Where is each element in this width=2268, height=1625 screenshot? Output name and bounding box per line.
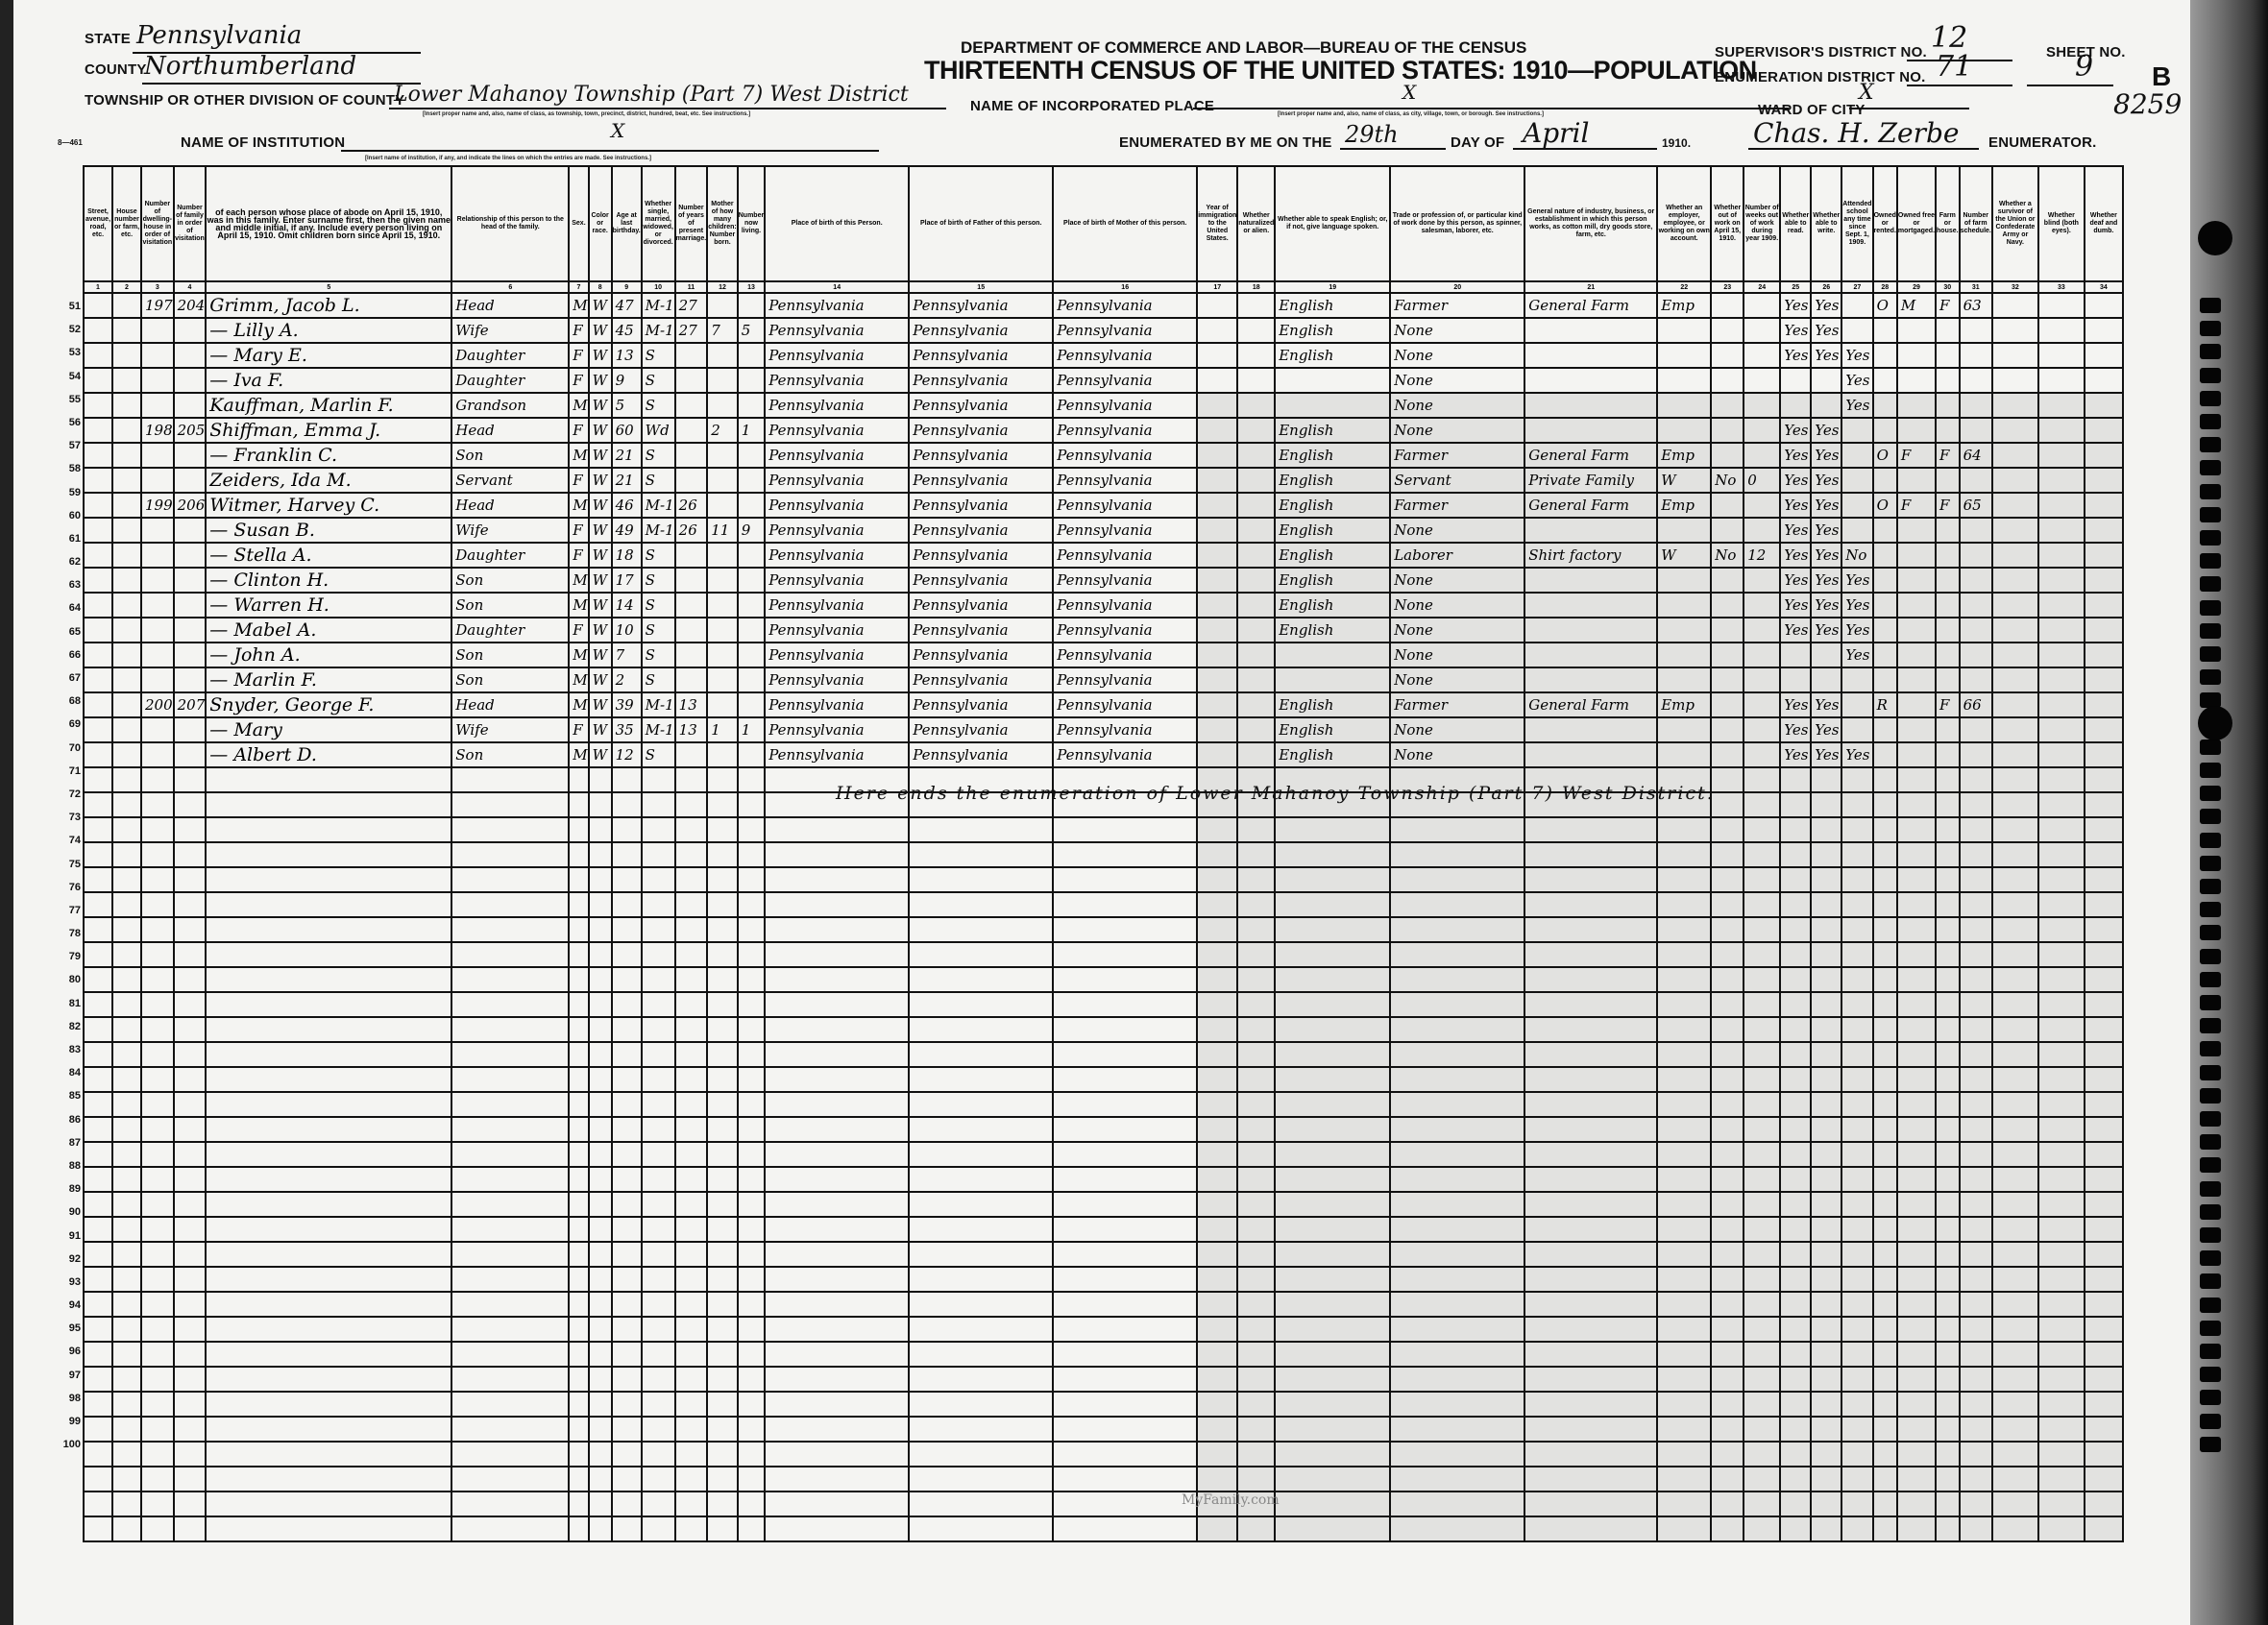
cell — [1992, 568, 2038, 593]
cell — [2085, 368, 2123, 393]
line-number: 88 — [54, 1154, 81, 1177]
cell-birth — [765, 1267, 909, 1292]
cell-family — [174, 1267, 207, 1292]
cell-industry — [1524, 1342, 1657, 1367]
cell-farm-house — [1936, 518, 1960, 543]
line-number: 52 — [54, 318, 81, 341]
cell-trade — [1390, 942, 1524, 967]
cell-children-born — [707, 1167, 738, 1192]
sprocket-hole — [2200, 972, 2221, 987]
cell-birth — [765, 1392, 909, 1417]
cell — [1237, 1092, 1275, 1117]
cell-children-living — [738, 618, 765, 643]
cell — [1992, 1492, 2038, 1516]
cell-farm-house — [1936, 418, 1960, 443]
cell — [112, 418, 141, 443]
cell-farm-house — [1936, 1167, 1960, 1192]
cell-years-married — [675, 1192, 708, 1217]
cell-schedule — [1960, 1392, 1992, 1417]
table-row: 200207Snyder, George F.HeadMW39M-113Penn… — [84, 692, 2123, 717]
column-number: 10 — [642, 281, 675, 293]
cell-marital — [642, 1142, 675, 1167]
cell-dwelling — [141, 318, 174, 343]
cell-family — [174, 717, 207, 742]
table-row — [84, 1242, 2123, 1267]
cell-sex: F — [569, 468, 588, 493]
cell-years-married — [675, 967, 708, 992]
cell-years-married — [675, 543, 708, 568]
cell-industry — [1524, 992, 1657, 1017]
cell-farm-house — [1936, 1442, 1960, 1467]
cell-trade — [1390, 1242, 1524, 1267]
cell-age — [612, 1317, 642, 1342]
cell — [2085, 667, 2123, 692]
cell-trade: Farmer — [1390, 493, 1524, 518]
cell-industry — [1524, 1217, 1657, 1242]
cell — [112, 1392, 141, 1417]
cell-race — [589, 792, 612, 817]
cell-mortgage — [1897, 1342, 1936, 1367]
cell-birth: Pennsylvania — [765, 568, 909, 593]
film-punch-hole — [2198, 706, 2232, 740]
cell-marital — [642, 942, 675, 967]
cell-years-married: 27 — [675, 318, 708, 343]
cell-dwelling — [141, 1017, 174, 1042]
cell-children-born: 11 — [707, 518, 738, 543]
cell — [1197, 318, 1237, 343]
cell-father-birth — [909, 1242, 1053, 1267]
cell-birth — [765, 1167, 909, 1192]
cell-mother-birth: Pennsylvania — [1053, 368, 1197, 393]
cell-family — [174, 468, 207, 493]
cell-dwelling — [141, 742, 174, 767]
cell-school — [1841, 867, 1872, 892]
cell-out-of-work — [1711, 1392, 1744, 1417]
column-number: 20 — [1390, 281, 1524, 293]
cell-sex: F — [569, 618, 588, 643]
cell-industry — [1524, 1167, 1657, 1192]
cell — [1992, 892, 2038, 917]
cell-children-living — [738, 1167, 765, 1192]
cell — [112, 1342, 141, 1367]
cell-age: 14 — [612, 593, 642, 618]
cell-sex: M — [569, 393, 588, 418]
cell — [2085, 1292, 2123, 1317]
sprocket-hole — [2200, 1018, 2221, 1033]
cell-mortgage — [1897, 842, 1936, 867]
cell-relation: Head — [451, 293, 569, 318]
column-header-11: Number of years of present marriage. — [675, 166, 708, 281]
cell-mortgage — [1897, 792, 1936, 817]
sprocket-hole — [2200, 1298, 2221, 1313]
cell-children-born — [707, 942, 738, 967]
cell-marital: S — [642, 393, 675, 418]
cell-read — [1780, 792, 1811, 817]
cell — [112, 842, 141, 867]
cell-father-birth: Pennsylvania — [909, 493, 1053, 518]
cell — [84, 418, 112, 443]
cell-sex — [569, 1292, 588, 1317]
cell-school — [1841, 1516, 1872, 1541]
cell-write — [1811, 1017, 1841, 1042]
cell-name — [206, 917, 451, 942]
cell-trade: None — [1390, 643, 1524, 667]
cell — [1992, 318, 2038, 343]
cell-marital — [642, 917, 675, 942]
column-header-6: Relationship of this person to the head … — [451, 166, 569, 281]
cell-trade: None — [1390, 593, 1524, 618]
cell — [1197, 343, 1237, 368]
cell — [1237, 942, 1275, 967]
cell-class — [1657, 992, 1711, 1017]
cell-read — [1780, 1017, 1811, 1042]
cell — [1197, 1392, 1237, 1417]
cell-dwelling — [141, 967, 174, 992]
cell — [112, 593, 141, 618]
film-edge-left — [0, 0, 13, 1625]
cell-age — [612, 892, 642, 917]
cell-age — [612, 817, 642, 842]
line-number: 81 — [54, 992, 81, 1015]
cell-children-born — [707, 1217, 738, 1242]
cell-children-living — [738, 817, 765, 842]
cell — [1197, 368, 1237, 393]
cell — [1237, 1142, 1275, 1167]
cell-industry — [1524, 418, 1657, 443]
cell-dwelling — [141, 368, 174, 393]
cell-age — [612, 842, 642, 867]
cell-dwelling — [141, 643, 174, 667]
cell — [1237, 468, 1275, 493]
table-row: — Iva F.DaughterFW9SPennsylvaniaPennsylv… — [84, 368, 2123, 393]
cell-name — [206, 1317, 451, 1342]
supervisor-label: SUPERVISOR'S DISTRICT NO. — [1715, 44, 1927, 61]
cell-class — [1657, 1042, 1711, 1067]
cell-owned — [1873, 842, 1897, 867]
cell-sex: F — [569, 318, 588, 343]
cell-name: — Clinton H. — [206, 568, 451, 593]
cell — [1992, 867, 2038, 892]
cell-industry — [1524, 318, 1657, 343]
cell-race: W — [589, 393, 612, 418]
incorporated-value: X — [1402, 81, 1416, 104]
sprocket-hole — [2200, 437, 2221, 452]
cell-mortgage — [1897, 568, 1936, 593]
cell-age — [612, 1516, 642, 1541]
cell-weeks-out — [1744, 1192, 1780, 1217]
cell-marital: Wd — [642, 418, 675, 443]
sprocket-hole — [2200, 740, 2221, 755]
cell-school: Yes — [1841, 593, 1872, 618]
cell — [1197, 618, 1237, 643]
line-number: 85 — [54, 1084, 81, 1107]
cell-class — [1657, 1442, 1711, 1467]
cell-age: 10 — [612, 618, 642, 643]
cell-farm-house — [1936, 892, 1960, 917]
line-number: 83 — [54, 1038, 81, 1061]
cell-father-birth — [909, 1442, 1053, 1467]
cell-out-of-work — [1711, 1042, 1744, 1067]
cell — [1992, 343, 2038, 368]
cell-read: Yes — [1780, 318, 1811, 343]
cell — [1197, 992, 1237, 1017]
line-number: 51 — [54, 295, 81, 318]
cell-father-birth: Pennsylvania — [909, 742, 1053, 767]
county-value: Northumberland — [144, 52, 356, 81]
cell-owned — [1873, 1267, 1897, 1292]
cell-industry — [1524, 1442, 1657, 1467]
cell-name — [206, 1442, 451, 1467]
column-header-26: Whether able to write. — [1811, 166, 1841, 281]
cell-class — [1657, 393, 1711, 418]
cell-industry: Shirt factory — [1524, 543, 1657, 568]
cell — [1992, 767, 2038, 792]
cell — [2085, 1442, 2123, 1467]
cell — [2085, 1367, 2123, 1392]
cell-age: 39 — [612, 692, 642, 717]
line-number: 64 — [54, 596, 81, 619]
cell-father-birth — [909, 1267, 1053, 1292]
cell-industry — [1524, 393, 1657, 418]
cell-children-born — [707, 742, 738, 767]
cell-read — [1780, 1342, 1811, 1367]
cell-name — [206, 1192, 451, 1217]
cell-farm-house — [1936, 1067, 1960, 1092]
cell-write: Yes — [1811, 418, 1841, 443]
cell-children-born — [707, 1342, 738, 1367]
cell-years-married — [675, 1067, 708, 1092]
cell — [1237, 1267, 1275, 1292]
cell-birth: Pennsylvania — [765, 493, 909, 518]
cell-schedule: 64 — [1960, 443, 1992, 468]
cell — [1992, 1467, 2038, 1492]
cell-marital: M-1 — [642, 493, 675, 518]
cell-industry — [1524, 1317, 1657, 1342]
cell-mother-birth — [1053, 867, 1197, 892]
cell-race — [589, 917, 612, 942]
cell-school — [1841, 1042, 1872, 1067]
cell-years-married — [675, 443, 708, 468]
cell-school — [1841, 767, 1872, 792]
cell-mother-birth — [1053, 1217, 1197, 1242]
enumerator-label: ENUMERATOR. — [1988, 134, 2096, 151]
cell-family — [174, 1042, 207, 1067]
cell-sex — [569, 1467, 588, 1492]
cell-age — [612, 1342, 642, 1367]
cell — [112, 1192, 141, 1217]
cell-mortgage — [1897, 1467, 1936, 1492]
cell-name: — Mabel A. — [206, 618, 451, 643]
cell-children-born — [707, 1467, 738, 1492]
cell — [112, 618, 141, 643]
cell-birth — [765, 1367, 909, 1392]
cell-language — [1275, 368, 1390, 393]
cell-family — [174, 1167, 207, 1192]
cell-mother-birth — [1053, 1142, 1197, 1167]
cell-father-birth: Pennsylvania — [909, 643, 1053, 667]
cell-write — [1811, 1392, 1841, 1417]
cell-owned — [1873, 1017, 1897, 1042]
cell-years-married — [675, 817, 708, 842]
cell — [2038, 1516, 2085, 1541]
township-hint: [Insert proper name and, also, name of c… — [423, 111, 750, 117]
cell-children-born — [707, 1092, 738, 1117]
cell — [1237, 1242, 1275, 1267]
cell-mother-birth — [1053, 942, 1197, 967]
cell-mother-birth: Pennsylvania — [1053, 518, 1197, 543]
cell-farm-house — [1936, 643, 1960, 667]
cell-industry — [1524, 942, 1657, 967]
cell-years-married: 13 — [675, 692, 708, 717]
cell-write: Yes — [1811, 717, 1841, 742]
cell — [84, 967, 112, 992]
cell-industry — [1524, 917, 1657, 942]
table-row: — Stella A.DaughterFW18SPennsylvaniaPenn… — [84, 543, 2123, 568]
cell-name — [206, 1267, 451, 1292]
cell-farm-house — [1936, 917, 1960, 942]
cell-sex — [569, 1242, 588, 1267]
cell-weeks-out — [1744, 1367, 1780, 1392]
cell-out-of-work — [1711, 742, 1744, 767]
cell-father-birth — [909, 1516, 1053, 1541]
cell-children-living — [738, 1217, 765, 1242]
cell — [1237, 568, 1275, 593]
sprocket-hole — [2200, 1273, 2221, 1289]
cell-language: English — [1275, 418, 1390, 443]
cell — [1197, 892, 1237, 917]
cell-out-of-work — [1711, 767, 1744, 792]
cell-name: Kauffman, Marlin F. — [206, 393, 451, 418]
cell — [112, 1092, 141, 1117]
cell-name — [206, 1167, 451, 1192]
cell-out-of-work: No — [1711, 543, 1744, 568]
cell-father-birth — [909, 1192, 1053, 1217]
cell-dwelling — [141, 1492, 174, 1516]
cell-father-birth — [909, 1092, 1053, 1117]
cell-language — [1275, 867, 1390, 892]
cell-farm-house — [1936, 1217, 1960, 1242]
cell — [112, 493, 141, 518]
cell-marital — [642, 1242, 675, 1267]
cell-write: Yes — [1811, 443, 1841, 468]
cell-school — [1841, 717, 1872, 742]
cell-out-of-work — [1711, 343, 1744, 368]
cell-race: W — [589, 518, 612, 543]
cell — [2038, 343, 2085, 368]
cell — [1992, 418, 2038, 443]
cell-read — [1780, 1167, 1811, 1192]
cell-name — [206, 1067, 451, 1092]
cell-out-of-work — [1711, 518, 1744, 543]
cell-write — [1811, 1117, 1841, 1142]
cell-mother-birth — [1053, 1192, 1197, 1217]
cell-industry — [1524, 892, 1657, 917]
line-number: 90 — [54, 1201, 81, 1224]
cell-class — [1657, 618, 1711, 643]
cell-read — [1780, 1192, 1811, 1217]
cell-write — [1811, 1492, 1841, 1516]
cell — [2038, 1367, 2085, 1392]
sprocket-hole — [2200, 460, 2221, 475]
cell — [1237, 1017, 1275, 1042]
cell-father-birth: Pennsylvania — [909, 543, 1053, 568]
cell — [2038, 692, 2085, 717]
cell — [84, 293, 112, 318]
cell-farm-house — [1936, 468, 1960, 493]
cell-children-born — [707, 817, 738, 842]
cell-birth — [765, 1217, 909, 1242]
cell-children-living: 5 — [738, 318, 765, 343]
cell-mother-birth — [1053, 1442, 1197, 1467]
cell-farm-house — [1936, 1117, 1960, 1142]
cell-industry — [1524, 742, 1657, 767]
cell-relation — [451, 1017, 569, 1042]
cell-farm-house — [1936, 1142, 1960, 1167]
table-row: 199206Witmer, Harvey C.HeadMW46M-126Penn… — [84, 493, 2123, 518]
cell-read: Yes — [1780, 568, 1811, 593]
cell-family — [174, 1242, 207, 1267]
cell-sex — [569, 842, 588, 867]
cell — [112, 867, 141, 892]
cell-weeks-out — [1744, 992, 1780, 1017]
cell-sex — [569, 1492, 588, 1516]
line-number: 91 — [54, 1225, 81, 1248]
cell-mortgage — [1897, 967, 1936, 992]
cell-marital — [642, 1017, 675, 1042]
cell-class — [1657, 368, 1711, 393]
cell-write — [1811, 1516, 1841, 1541]
cell-age — [612, 942, 642, 967]
cell-trade — [1390, 867, 1524, 892]
sprocket-hole — [2200, 669, 2221, 685]
cell — [84, 1417, 112, 1442]
cell-write — [1811, 368, 1841, 393]
cell — [84, 493, 112, 518]
cell-farm-house — [1936, 1342, 1960, 1367]
cell — [112, 1267, 141, 1292]
cell — [84, 1516, 112, 1541]
cell — [1992, 817, 2038, 842]
cell-farm-house — [1936, 1267, 1960, 1292]
cell-children-born — [707, 1292, 738, 1317]
table-row — [84, 1142, 2123, 1167]
page-stamp: 8259 — [2113, 88, 2182, 120]
cell-mortgage — [1897, 992, 1936, 1017]
cell-family — [174, 1367, 207, 1392]
cell-read: Yes — [1780, 593, 1811, 618]
cell-owned — [1873, 992, 1897, 1017]
cell-industry — [1524, 1467, 1657, 1492]
cell-sex: F — [569, 543, 588, 568]
cell-out-of-work — [1711, 1317, 1744, 1342]
cell — [112, 1467, 141, 1492]
line-number: 100 — [54, 1433, 81, 1456]
cell-relation — [451, 1492, 569, 1516]
cell — [1197, 1017, 1237, 1042]
cell-mother-birth — [1053, 1067, 1197, 1092]
cell-mortgage — [1897, 318, 1936, 343]
cell-birth — [765, 817, 909, 842]
cell-mortgage — [1897, 1192, 1936, 1217]
cell-age — [612, 1417, 642, 1442]
table-row — [84, 1417, 2123, 1442]
cell — [2038, 1092, 2085, 1117]
table-row — [84, 1067, 2123, 1092]
cell — [2038, 867, 2085, 892]
cell-out-of-work — [1711, 1242, 1744, 1267]
cell-schedule — [1960, 1217, 1992, 1242]
cell-write — [1811, 1217, 1841, 1242]
